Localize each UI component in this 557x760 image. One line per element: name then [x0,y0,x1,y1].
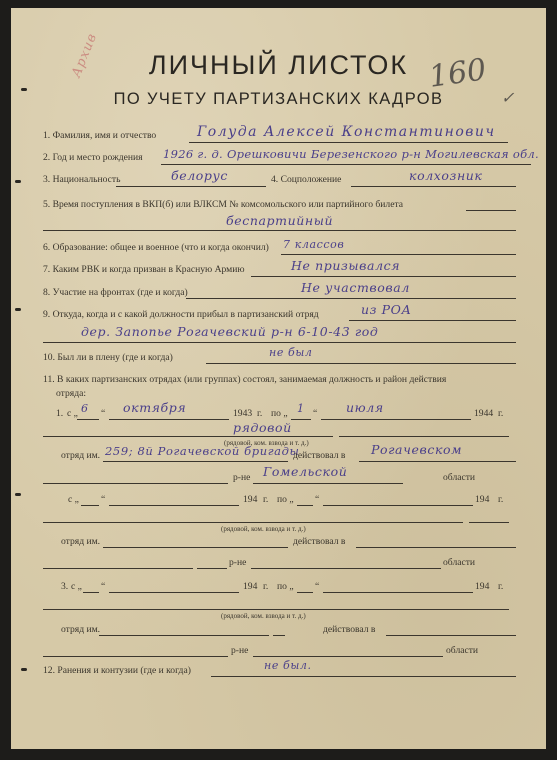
entry-2-to-month-line [323,505,473,506]
entry-3-year-prefix: 194 [243,581,257,592]
entry-1-from-day-line [77,419,99,420]
check-mark-icon: ✓ [501,88,514,107]
entry-3-from-open: с „ [71,581,82,592]
entry-3-year-suffix: г. [263,581,268,592]
entry-1-from-year: 1943 [233,408,252,419]
document-page: Архив ЛИЧНЫЙ ЛИСТОК ПО УЧЕТУ ПАРТИЗАНСКИ… [11,8,546,749]
entry-3-detachment-line-b [273,635,285,636]
entry-2-from-open: с „ [68,494,79,505]
entry-2-from-month-line [109,505,239,506]
field-7-value: Не призывался [291,258,400,273]
entry-3-from-month-line [109,592,239,593]
entry-3-detachment-label: отряд им. [61,624,100,635]
entry-3-to-month-line [323,592,473,593]
entry-1-year-suffix: г. [257,408,262,419]
field-9-line-a [349,320,516,321]
entry-2-position-hint: (рядовой, ком. взвода и т. д.) [221,525,306,533]
punch-mark [15,180,21,183]
entry-1-from-month-line [109,419,229,420]
field-8-value: Не участвовал [301,280,410,295]
field-12-value: не был. [264,659,312,672]
entry-2-to-open: по „ [277,494,294,505]
entry-2-position-line-a [43,522,463,523]
field-7-label: 7. Каким РВК и когда призван в Красную А… [43,264,245,275]
entry-2-district-pre-line-b [197,568,227,569]
entry-1-from-open: с „ [67,408,78,419]
field-5-value: беспартийный [226,213,333,228]
entry-3-position-hint: (рядовой, ком. взвода и т. д.) [221,612,306,620]
entry-1-to-close: “ [313,408,317,419]
field-5-label: 5. Время поступления в ВКП(б) или ВЛКСМ … [43,199,403,210]
entry-1-to-day: 1 [297,402,305,415]
field-1-line [189,142,508,143]
pencil-page-number: 160 [427,52,489,95]
entry-1-district: Гомельской [263,464,347,479]
entry-2-position-line-b [469,522,509,523]
field-12-line [211,676,516,677]
field-9-line-b [43,342,516,343]
entry-3-position-line [43,609,509,610]
entry-2-year-prefix-2: 194 [475,494,489,505]
entry-1-from-close: “ [101,408,105,419]
field-7-line [251,276,516,277]
entry-1-acted-label: действовал в [293,450,345,461]
entry-1-detachment-label: отряд им. [61,450,100,461]
field-10-value: не был [269,346,313,359]
field-5-line-b [43,230,516,231]
entry-3-acted-label: действовал в [323,624,375,635]
field-12-label: 12. Ранения и контузии (где и когда) [43,665,191,676]
entry-1-position-line-a [43,436,333,437]
entry-3-to-day-line [297,592,313,593]
entry-1-acted-line [359,461,516,462]
entry-2-detachment-label: отряд им. [61,536,100,547]
entry-2-acted-label: действовал в [293,536,345,547]
entry-1-district-line [253,483,403,484]
page-subtitle: ПО УЧЕТУ ПАРТИЗАНСКИХ КАДРОВ [11,90,546,109]
punch-mark [15,493,21,496]
entry-2-from-close: “ [101,494,105,505]
field-3-line [116,186,266,187]
punch-mark [21,668,27,671]
field-10-line [206,363,516,364]
entry-1-acted-in: Рогачевском [371,442,462,457]
entry-1-year-suffix-2: г. [498,408,503,419]
entry-2-district-label: р-не [229,557,246,568]
entry-2-district-line [251,568,441,569]
entry-2-from-day-line [81,505,99,506]
entry-1-position-line-b [339,436,509,437]
field-2-line [161,164,531,165]
field-6-line [281,254,516,255]
field-9-label: 9. Откуда, когда и с какой должности при… [43,309,319,320]
entry-1-num: 1. [56,408,63,419]
entry-1-to-open: по „ [271,408,288,419]
entry-1-to-year: 1944 [474,408,493,419]
entry-2-region-label: области [443,557,475,568]
entry-2-year-suffix: г. [263,494,268,505]
entry-2-year-suffix-2: г. [498,494,503,505]
field-1-label: 1. Фамилия, имя и отчество [43,130,156,141]
entry-2-to-day-line [297,505,313,506]
field-4-value: колхозник [409,168,483,183]
entry-1-detachment: 259; 8й Рогачевской бригады [105,444,299,458]
entry-3-from-day-line [83,592,99,593]
field-6-value: 7 классов [283,238,344,251]
field-8-line [186,298,516,299]
entry-2-acted-line [356,547,516,548]
entry-3-year-prefix-2: 194 [475,581,489,592]
entry-3-num: 3. [61,581,68,592]
entry-2-district-pre-line-a [43,568,193,569]
entry-3-acted-line [386,635,516,636]
entry-3-from-close: “ [101,581,105,592]
entry-2-detachment-line [103,547,288,548]
field-8-label: 8. Участие на фронтах (где и когда) [43,287,188,298]
entry-1-detachment-line [103,461,288,462]
entry-2-to-close: “ [315,494,319,505]
field-4-line [351,186,516,187]
field-10-label: 10. Был ли в плену (где и когда) [43,352,173,363]
entry-1-from-day: 6 [81,402,89,415]
field-1-value: Голуда Алексей Константинович [197,124,496,140]
entry-1-district-label: р-не [233,472,250,483]
entry-3-detachment-line-a [99,635,269,636]
entry-2-year-prefix: 194 [243,494,257,505]
field-9-value-2: дер. Запопье Рогачевский р-н 6-10-43 год [81,324,378,339]
field-5-line-a [466,210,516,211]
field-3-value: белорус [171,168,228,183]
entry-1-district-pre-line [43,483,228,484]
entry-3-year-suffix-2: г. [498,581,503,592]
entry-3-to-close: “ [315,581,319,592]
punch-mark [15,308,21,311]
field-9-value-1: из РОА [361,302,412,317]
entry-1-region-label: области [443,472,475,483]
field-11-label: 11. В каких партизанских отрядах (или гр… [43,374,446,385]
entry-1-to-day-line [291,419,311,420]
entry-3-district-line [253,656,443,657]
entry-1-to-month-line [321,419,471,420]
field-4-label: 4. Соцположение [271,174,341,185]
entry-3-district-pre-line [43,656,228,657]
entry-3-to-open: по „ [277,581,294,592]
entry-3-region-label: области [446,645,478,656]
entry-3-district-label: р-не [231,645,248,656]
field-3-label: 3. Национальность [43,174,120,185]
field-11-label-cont: отряда: [56,388,86,399]
entry-1-to-month: июля [346,400,384,415]
entry-1-position: рядовой [233,420,292,435]
punch-mark [21,88,27,91]
field-6-label: 6. Образование: общее и военное (что и к… [43,242,269,253]
entry-1-from-month: октября [123,400,186,415]
field-2-label: 2. Год и место рождения [43,152,143,163]
field-2-value: 1926 г. д. Орешковичи Березенского р-н М… [163,147,539,161]
